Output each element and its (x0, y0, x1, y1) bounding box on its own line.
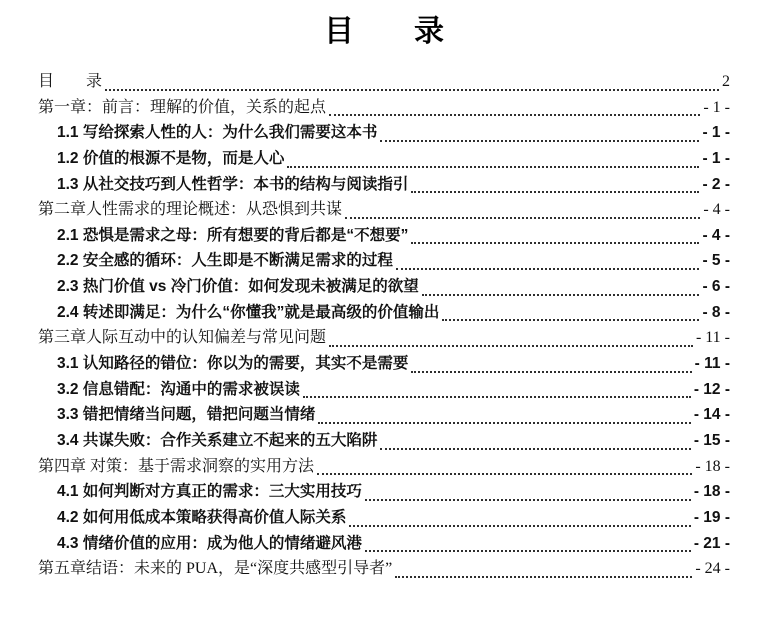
toc-title: 目 录 (38, 12, 730, 52)
toc-entry[interactable]: 3.2 信息错配：沟通中的需求被误读 - 12 - (38, 377, 730, 403)
toc-entry[interactable]: 4.1 如何判断对方真正的需求：三大实用技巧 - 18 - (38, 479, 730, 505)
toc-entry-page: - 1 - (702, 120, 730, 146)
toc-entry-label: 2.4 转述即满足：为什么“你懂我”就是最高级的价值输出 (57, 300, 439, 326)
toc-entry-label: 3.3 错把情绪当问题，错把问题当情绪 (57, 402, 315, 428)
toc-entry[interactable]: 1.3 从社交技巧到人性哲学：本书的结构与阅读指引 - 2 - (38, 172, 730, 198)
dot-leader (329, 114, 700, 116)
toc-entry-label: 4.1 如何判断对方真正的需求：三大实用技巧 (57, 479, 362, 505)
toc-entry-label: 2.2 安全感的循环：人生即是不断满足需求的过程 (57, 248, 393, 274)
toc-entry-page: - 8 - (702, 300, 730, 326)
toc-entry-label: 第三章人际互动中的认知偏差与常见问题 (38, 325, 326, 351)
toc-entry[interactable]: 1.1 写给探索人性的人：为什么我们需要这本书 - 1 - (38, 120, 730, 146)
dot-leader (303, 396, 691, 398)
dot-leader (329, 345, 693, 347)
dot-leader (380, 448, 690, 450)
toc-entry[interactable]: 2.2 安全感的循环：人生即是不断满足需求的过程 - 5 - (38, 248, 730, 274)
toc-entry-page: - 12 - (694, 377, 730, 403)
toc-entry-page: 2 (722, 69, 730, 95)
dot-leader (411, 191, 699, 193)
toc-entry[interactable]: 2.1 恐惧是需求之母：所有想要的背后都是“不想要” - 4 - (38, 223, 730, 249)
toc-entry-page: - 4 - (703, 197, 730, 223)
toc-entry-page: - 11 - (696, 325, 730, 351)
toc-entry-label: 第五章结语：未来的 PUA，是“深度共感型引导者” (38, 556, 392, 582)
dot-leader (287, 166, 699, 168)
dot-leader (345, 217, 700, 219)
toc-entry[interactable]: 4.2 如何用低成本策略获得高价值人际关系 - 19 - (38, 505, 730, 531)
toc-entry[interactable]: 第一章：前言：理解的价值，关系的起点 - 1 - (38, 95, 730, 121)
toc-entry-label: 1.1 写给探索人性的人：为什么我们需要这本书 (57, 120, 377, 146)
toc-entry-page: - 18 - (695, 454, 730, 480)
toc-entry-page: - 2 - (702, 172, 730, 198)
toc-entry[interactable]: 3.4 共谋失败：合作关系建立不起来的五大陷阱 - 15 - (38, 428, 730, 454)
toc-entry-label: 1.3 从社交技巧到人性哲学：本书的结构与阅读指引 (57, 172, 408, 198)
toc-entry-label: 4.2 如何用低成本策略获得高价值人际关系 (57, 505, 346, 531)
toc-entry-label: 2.1 恐惧是需求之母：所有想要的背后都是“不想要” (57, 223, 408, 249)
toc-entry-page: - 1 - (703, 95, 730, 121)
dot-leader (365, 499, 691, 501)
toc-entry[interactable]: 2.3 热门价值 vs 冷门价值：如何发现未被满足的欲望 - 6 - (38, 274, 730, 300)
dot-leader (442, 319, 699, 321)
toc-entry-label: 2.3 热门价值 vs 冷门价值：如何发现未被满足的欲望 (57, 274, 419, 300)
toc-list: 目 录 2 第一章：前言：理解的价值，关系的起点 - 1 - 1.1 写给探索人… (38, 69, 730, 582)
toc-entry-page: - 15 - (694, 428, 730, 454)
dot-leader (380, 140, 699, 142)
dot-leader (105, 89, 719, 91)
dot-leader (318, 422, 690, 424)
dot-leader (349, 525, 690, 527)
dot-leader (396, 268, 700, 270)
toc-entry[interactable]: 1.2 价值的根源不是物，而是人心 - 1 - (38, 146, 730, 172)
toc-entry[interactable]: 第三章人际互动中的认知偏差与常见问题 - 11 - (38, 325, 730, 351)
toc-entry-page: - 6 - (702, 274, 730, 300)
toc-entry[interactable]: 第二章人性需求的理论概述：从恐惧到共谋 - 4 - (38, 197, 730, 223)
toc-entry-label: 第一章：前言：理解的价值，关系的起点 (38, 95, 326, 121)
document-page: 目 录 目 录 2 第一章：前言：理解的价值，关系的起点 - 1 - 1.1 写… (0, 0, 761, 626)
toc-entry-label: 第四章 对策：基于需求洞察的实用方法 (38, 454, 314, 480)
dot-leader (365, 550, 691, 552)
toc-entry[interactable]: 第四章 对策：基于需求洞察的实用方法 - 18 - (38, 454, 730, 480)
toc-entry[interactable]: 第五章结语：未来的 PUA，是“深度共感型引导者” - 24 - (38, 556, 730, 582)
toc-entry-page: - 11 - (695, 351, 730, 377)
dot-leader (422, 294, 700, 296)
toc-entry[interactable]: 4.3 情绪价值的应用：成为他人的情绪避风港 - 21 - (38, 531, 730, 557)
toc-entry-page: - 4 - (702, 223, 730, 249)
toc-entry-page: - 21 - (694, 531, 730, 557)
toc-entry-label: 4.3 情绪价值的应用：成为他人的情绪避风港 (57, 531, 362, 557)
toc-entry-page: - 24 - (695, 556, 730, 582)
toc-entry-page: - 14 - (694, 402, 730, 428)
toc-entry[interactable]: 3.3 错把情绪当问题，错把问题当情绪 - 14 - (38, 402, 730, 428)
dot-leader (411, 242, 699, 244)
dot-leader (317, 473, 692, 475)
toc-entry[interactable]: 2.4 转述即满足：为什么“你懂我”就是最高级的价值输出 - 8 - (38, 300, 730, 326)
toc-entry[interactable]: 目 录 2 (38, 69, 730, 95)
toc-entry-label: 第二章人性需求的理论概述：从恐惧到共谋 (38, 197, 342, 223)
toc-entry-label: 3.1 认知路径的错位：你以为的需要，其实不是需要 (57, 351, 408, 377)
toc-entry-label: 3.2 信息错配：沟通中的需求被误读 (57, 377, 300, 403)
toc-entry-page: - 5 - (702, 248, 730, 274)
dot-leader (395, 576, 692, 578)
toc-entry-page: - 19 - (694, 505, 730, 531)
toc-entry-label: 1.2 价值的根源不是物，而是人心 (57, 146, 284, 172)
toc-entry-page: - 18 - (694, 479, 730, 505)
toc-entry-label: 3.4 共谋失败：合作关系建立不起来的五大陷阱 (57, 428, 377, 454)
toc-entry-page: - 1 - (702, 146, 730, 172)
dot-leader (411, 371, 691, 373)
toc-entry[interactable]: 3.1 认知路径的错位：你以为的需要，其实不是需要 - 11 - (38, 351, 730, 377)
toc-entry-label: 目 录 (38, 69, 102, 95)
